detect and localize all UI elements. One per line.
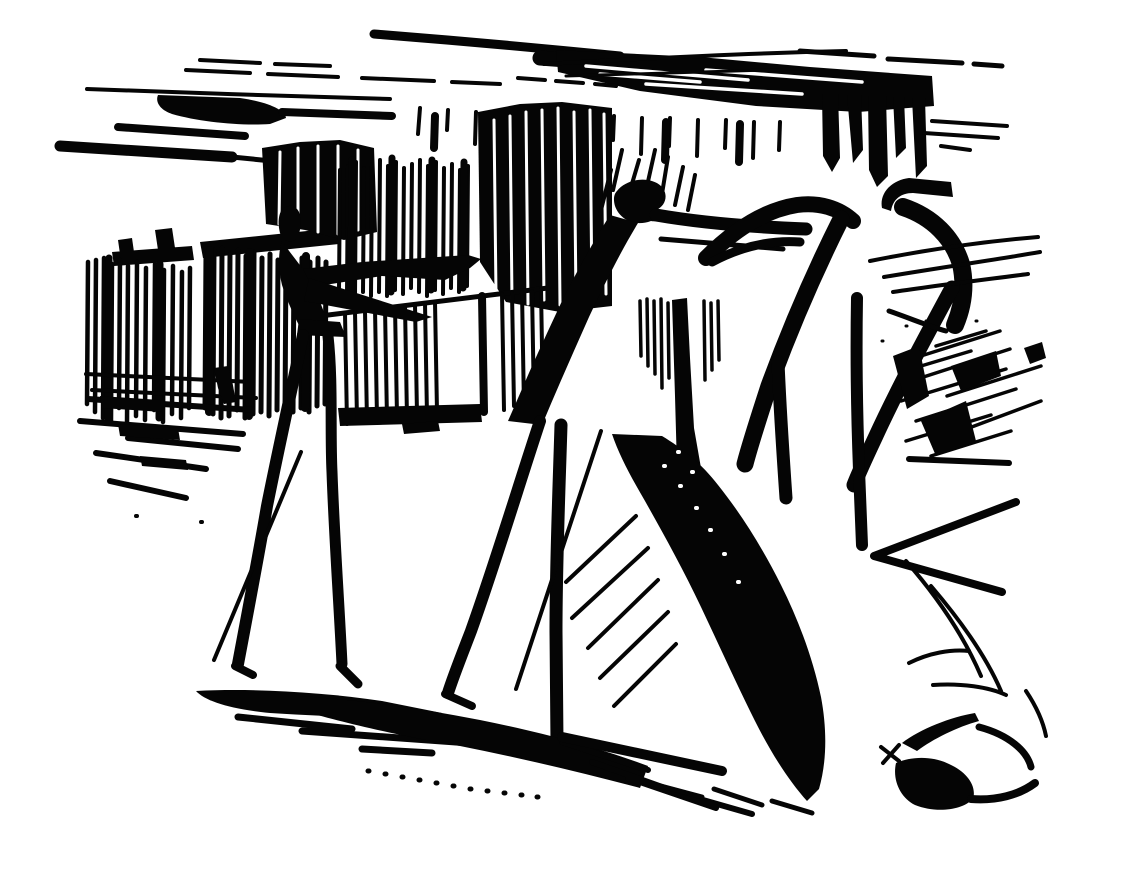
sky-line-right-1 bbox=[932, 121, 1007, 126]
figure-hook-leg bbox=[857, 298, 862, 545]
sky-streak-left-4 bbox=[60, 146, 232, 157]
figure-leaning-foot-1 bbox=[445, 694, 472, 706]
figure-pointing-left-foot bbox=[235, 666, 253, 675]
claw-outer-arc bbox=[979, 727, 1031, 767]
figure-leaning-leg-2 bbox=[556, 425, 561, 743]
fence-base-bar bbox=[338, 404, 482, 426]
claw-tail bbox=[971, 783, 1035, 799]
fence-post-bold bbox=[482, 296, 484, 412]
background-figure-small bbox=[214, 366, 236, 404]
figure-pointing-right-foot bbox=[340, 666, 358, 684]
figure-hook-arm-lines bbox=[870, 237, 1040, 292]
sky-streak-left-3 bbox=[118, 127, 245, 136]
dotted-ground-line bbox=[368, 771, 538, 797]
sky-blob-left-tail bbox=[282, 112, 392, 116]
ink-drawing-svg bbox=[0, 0, 1131, 874]
grass-strokes-left-of-mass bbox=[566, 516, 676, 706]
sky-blob-left bbox=[157, 95, 286, 125]
sky-line-right-2 bbox=[924, 133, 998, 150]
cliff-angle-lines bbox=[874, 502, 1016, 592]
figure-arched-leg-stroke bbox=[778, 362, 786, 498]
claw-blob bbox=[895, 758, 974, 810]
sky-bars bbox=[822, 94, 927, 187]
sky-dash-line-left bbox=[186, 60, 500, 84]
claw-x-mark bbox=[881, 745, 899, 763]
building-left-topbar bbox=[112, 228, 194, 266]
ink-drawing-canvas bbox=[0, 0, 1131, 874]
scrub-hatch-base bbox=[909, 459, 1009, 463]
figure-pointing-cane bbox=[214, 452, 301, 660]
figure-arched-sweep bbox=[745, 219, 841, 464]
dark-mass bbox=[612, 434, 825, 801]
figure-pointing-head bbox=[279, 206, 301, 242]
claw-upper-jaw bbox=[902, 713, 979, 751]
sky-thin-line-left bbox=[87, 89, 390, 99]
figure-pointing-right-leg bbox=[328, 336, 342, 664]
